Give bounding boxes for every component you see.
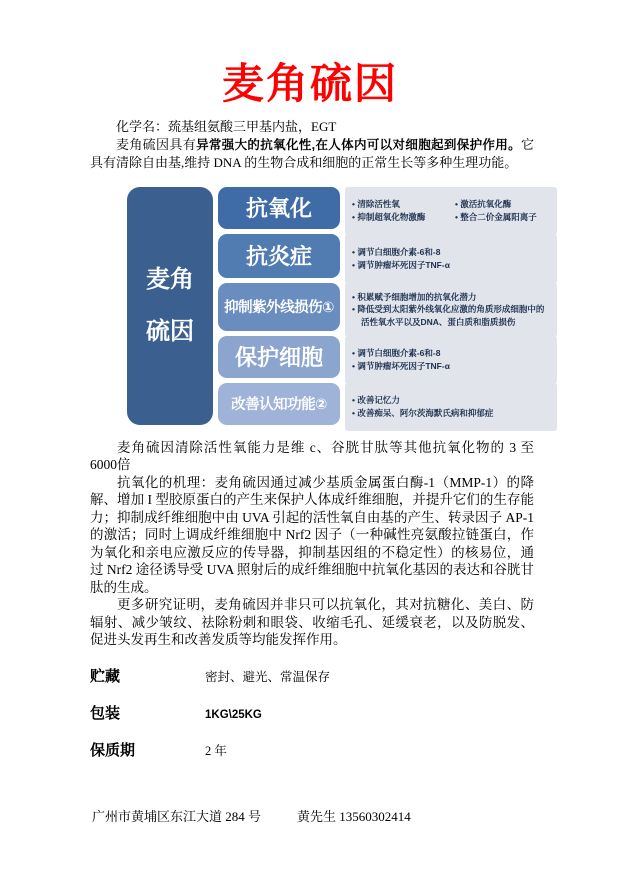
- spec-row-packaging: 包装 1KG\25KG: [90, 702, 620, 724]
- diagram-row-cell-protection: 保护细胞 调节白细胞介素-6和-8 调节肿瘤坏死因子TNF-α: [218, 336, 557, 378]
- row-label-cognitive: 改善认知功能②: [218, 383, 340, 425]
- intro-section: 化学名：巯基组氨酸三甲基内盐，EGT 麦角硫因具有异常强大的抗氧化性,在人体内可…: [90, 118, 534, 172]
- intro-paragraph: 麦角硫因具有异常强大的抗氧化性,在人体内可以对细胞起到保护作用。它具有清除自由基…: [90, 136, 534, 172]
- document-page: 麦角硫因 化学名：巯基组氨酸三甲基内盐，EGT 麦角硫因具有异常强大的抗氧化性,…: [0, 0, 620, 877]
- body-text-section: 麦角硫因清除活性氧能力是维 c、谷胱甘肽等其他抗氧化物的 3 至 6000倍 抗…: [90, 439, 534, 649]
- diagram-bullet: 降低受到太阳紫外线氧化应激的角质形成细胞中的活性氧水平以及DNA、蛋白质和脂质损…: [352, 303, 550, 329]
- root-label-line1: 麦角: [146, 254, 194, 306]
- diagram-bullet: 抑制超氧化物激酶: [352, 211, 455, 224]
- chemical-name-line: 化学名：巯基组氨酸三甲基内盐，EGT: [90, 118, 534, 136]
- spec-label-storage: 贮藏: [90, 665, 205, 686]
- bullet-list: 积累赋予细胞增加的抗氧化潜力 降低受到太阳紫外线氧化应激的角质形成细胞中的活性氧…: [352, 291, 550, 329]
- spec-row-storage: 贮藏 密封、避光、常温保存: [90, 665, 620, 687]
- diagram-row-antioxidant: 抗氧化 清除活性氧 抑制超氧化物激酶 激活抗氧化酶 整合二价金属阳离子: [218, 187, 557, 229]
- row-label-uv-protection: 抑制紫外线损伤①: [218, 283, 340, 331]
- row-bullets-uv-protection: 积累赋予细胞增加的抗氧化潜力 降低受到太阳紫外线氧化应激的角质形成细胞中的活性氧…: [345, 283, 557, 337]
- footer-address: 广州市黄埔区东江大道 284 号: [92, 809, 261, 824]
- diagram-bullet: 激活抗氧化酶: [455, 198, 550, 211]
- body-paragraph-1: 麦角硫因清除活性氧能力是维 c、谷胱甘肽等其他抗氧化物的 3 至 6000倍: [90, 439, 534, 474]
- spec-label-packaging: 包装: [90, 702, 205, 723]
- spec-value-packaging: 1KG\25KG: [205, 709, 262, 721]
- row-label-cell-protection: 保护细胞: [218, 336, 340, 378]
- diagram-root-node: 麦角 硫因: [127, 187, 213, 425]
- diagram-bullet: 改善记忆力: [352, 394, 550, 407]
- benefits-diagram: 麦角 硫因 抗氧化 清除活性氧 抑制超氧化物激酶 激活抗氧化酶 整合二价金属阳离…: [127, 187, 557, 425]
- diagram-bullet: 积累赋予细胞增加的抗氧化潜力: [352, 291, 550, 304]
- spec-row-shelf-life: 保质期 2 年: [90, 739, 620, 761]
- body-paragraph-2: 抗氧化的机理：麦角硫因通过减少基质金属蛋白酶-1（MMP-1）的降解、增加 I …: [90, 474, 534, 597]
- bullet-list: 改善记忆力 改善痴呆、阿尔茨海默氏病和抑郁症: [352, 394, 550, 420]
- row-bullets-antioxidant: 清除活性氧 抑制超氧化物激酶 激活抗氧化酶 整合二价金属阳离子: [345, 187, 557, 235]
- bullet-column-2: 激活抗氧化酶 整合二价金属阳离子: [455, 198, 550, 224]
- diagram-bullet: 调节白细胞介素-6和-8: [352, 246, 550, 259]
- intro-text-normal: 麦角硫因具有: [116, 137, 196, 152]
- root-label-line2: 硫因: [146, 306, 194, 358]
- diagram-rows: 抗氧化 清除活性氧 抑制超氧化物激酶 激活抗氧化酶 整合二价金属阳离子 抗炎症: [218, 187, 557, 425]
- diagram-row-antiinflammatory: 抗炎症 调节白细胞介素-6和-8 调节肿瘤坏死因子TNF-α: [218, 234, 557, 278]
- row-label-antioxidant: 抗氧化: [218, 187, 340, 229]
- footer-contact: 黄先生 13560302414: [297, 809, 411, 824]
- diagram-bullet: 调节肿瘤坏死因子TNF-α: [352, 360, 550, 373]
- spec-table: 贮藏 密封、避光、常温保存 包装 1KG\25KG 保质期 2 年: [90, 665, 620, 761]
- intro-text-bold: 异常强大的抗氧化性,在人体内可以对细胞起到保护作用。: [196, 138, 521, 152]
- diagram-row-uv-protection: 抑制紫外线损伤① 积累赋予细胞增加的抗氧化潜力 降低受到太阳紫外线氧化应激的角质…: [218, 283, 557, 331]
- diagram-bullet: 调节肿瘤坏死因子TNF-α: [352, 259, 550, 272]
- diagram-bullet: 调节白细胞介素-6和-8: [352, 347, 550, 360]
- bullet-column-1: 清除活性氧 抑制超氧化物激酶: [352, 198, 455, 224]
- diagram-bullet: 改善痴呆、阿尔茨海默氏病和抑郁症: [352, 407, 550, 420]
- bullet-list: 调节白细胞介素-6和-8 调节肿瘤坏死因子TNF-α: [352, 347, 550, 373]
- diagram-bullet: 整合二价金属阳离子: [455, 211, 550, 224]
- diagram-bullet: 清除活性氧: [352, 198, 455, 211]
- body-paragraph-3: 更多研究证明，麦角硫因并非只可以抗氧化，其对抗糖化、美白、防辐射、减少皱纹、祛除…: [90, 596, 534, 649]
- diagram-row-cognitive: 改善认知功能② 改善记忆力 改善痴呆、阿尔茨海默氏病和抑郁症: [218, 383, 557, 425]
- footer: 广州市黄埔区东江大道 284 号黄先生 13560302414: [92, 806, 411, 825]
- spec-value-storage: 密封、避光、常温保存: [205, 667, 330, 685]
- bullet-list: 调节白细胞介素-6和-8 调节肿瘤坏死因子TNF-α: [352, 246, 550, 272]
- row-bullets-antiinflammatory: 调节白细胞介素-6和-8 调节肿瘤坏死因子TNF-α: [345, 234, 557, 284]
- row-label-antiinflammatory: 抗炎症: [218, 234, 340, 278]
- spec-value-shelf-life: 2 年: [205, 741, 227, 759]
- spec-label-shelf-life: 保质期: [90, 739, 205, 760]
- row-bullets-cell-protection: 调节白细胞介素-6和-8 调节肿瘤坏死因子TNF-α: [345, 336, 557, 384]
- row-bullets-cognitive: 改善记忆力 改善痴呆、阿尔茨海默氏病和抑郁症: [345, 383, 557, 431]
- page-title: 麦角硫因: [0, 0, 620, 108]
